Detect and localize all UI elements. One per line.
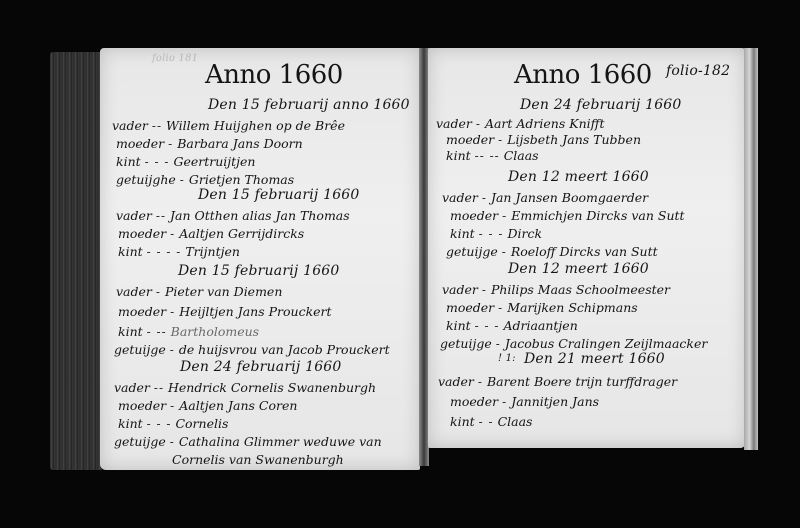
field-separator: - [156,285,161,299]
entry-line: kint - - - Adriaantjen [446,318,578,333]
field-label: moeder [118,226,166,241]
entry-line: kint -- -- Claas [446,148,539,163]
field-value: de huijsvrou van Jacob Prouckert [179,342,390,357]
field-value: Grietjen Thomas [189,172,294,187]
field-value: Cornelis [175,416,228,431]
field-value: Adriaantjen [503,318,577,333]
entry-line: moeder - Aaltjen Gerrijdircks [118,226,304,241]
entry-line: kint - - - Dirck [450,226,542,241]
field-separator: -- [152,119,162,133]
field-separator: - - - - [147,245,182,259]
field-separator: - [502,395,507,409]
entry-date: Den 24 februarij 1660 [520,98,682,112]
field-label: kint [118,324,143,339]
field-label: getuijge [114,342,166,357]
entry-date: Den 15 februarij 1660 [198,188,360,202]
field-separator: - [502,245,507,259]
entry-line: moeder - Marijken Schipmans [446,300,638,315]
left-page: folio 181 Anno 1660 Den 15 februarij ann… [100,48,420,470]
field-label: getuijge [446,244,498,259]
book-page-edges [50,52,102,470]
entry-date: Den 12 meert 1660 [508,170,649,184]
field-value: Willem Huijghen op de Brêe [166,118,345,133]
field-separator: - [170,435,175,449]
field-separator: - [476,117,481,131]
field-value: Cornelis van Swanenburgh [172,452,344,467]
field-value: Barbara Jans Doorn [177,136,302,151]
field-separator: - [482,191,487,205]
entry-line: getuijge - de huijsvrou van Jacob Prouck… [114,342,390,357]
field-label: vader [116,208,152,223]
field-value: Philips Maas Schoolmeester [491,282,670,297]
field-value: Hendrick Cornelis Swanenburgh [168,380,376,395]
field-separator: -- -- [475,149,500,163]
field-value: Barent Boere trijn turffdrager [487,374,677,389]
entry-line: vader - Philips Maas Schoolmeester [442,282,670,297]
field-value: Lijsbeth Jans Tubben [507,132,641,147]
field-separator: -- [156,209,166,223]
field-label: vader [112,118,148,133]
field-value: Cathalina Glimmer weduwe van [179,434,382,449]
field-value: Roeloff Dircks van Sutt [511,244,658,259]
right-page-edge [744,48,758,450]
entry-date: Den 15 februarij anno 1660 [208,98,410,112]
entry-date: Den 15 februarij 1660 [178,264,340,278]
field-separator: - - [479,415,494,429]
entry-line: vader -- Willem Huijghen op de Brêe [112,118,345,133]
field-separator: - - - [479,227,504,241]
field-label: moeder [450,394,498,409]
entry-line: vader -- Jan Otthen alias Jan Thomas [116,208,350,223]
field-value: Marijken Schipmans [507,300,637,315]
field-label: vader [116,284,152,299]
entry-date: Den 21 meert 1660 [524,352,665,366]
field-label: moeder [118,304,166,319]
field-label: kint [118,244,143,259]
entry-line: moeder - Heijltjen Jans Prouckert [118,304,332,319]
field-separator: - [170,343,175,357]
field-separator: -- [154,381,164,395]
entry-line: getuijge - Jacobus Cralingen Zeijlmaacke… [440,336,707,351]
field-label: kint [116,154,141,169]
right-page: Anno 1660 folio-182 Den 24 februarij 166… [428,48,746,448]
field-separator: - [180,173,185,187]
field-separator: - [502,209,507,223]
field-label: kint [446,318,471,333]
field-separator: - [498,301,503,315]
field-label: moeder [446,300,494,315]
entry-line: vader - Pieter van Diemen [116,284,282,299]
folio-number: folio-182 [666,64,730,78]
field-separator: - [170,305,175,319]
field-separator: - [170,399,175,413]
entry-line: kint - -- Bartholomeus [118,324,259,339]
field-label: getuijge [440,336,492,351]
field-separator: - [496,337,501,351]
entry-line: getuijge - Roeloff Dircks van Sutt [446,244,658,259]
entry-line: vader - Barent Boere trijn turffdrager [438,374,677,389]
field-label: moeder [446,132,494,147]
entry-line: vader - Jan Jansen Boomgaerder [442,190,648,205]
margin-note: folio 181 [152,54,198,64]
field-label: vader [442,282,478,297]
field-value: Trijntjen [185,244,240,259]
field-separator: - [482,283,487,297]
entry-line: moeder - Lijsbeth Jans Tubben [446,132,641,147]
field-label: getuijge [114,434,166,449]
field-separator: - -- [147,325,167,339]
field-value: Aaltjen Gerrijdircks [179,226,304,241]
page-title: Anno 1660 [205,62,343,88]
field-separator: - [168,137,173,151]
scan-background: folio 181 Anno 1660 Den 15 februarij ann… [0,0,800,528]
field-value: Jannitjen Jans [511,394,599,409]
field-label: kint [450,414,475,429]
entry-line: vader - Aart Adriens Knifft [436,116,605,131]
entry-line: getuijghe - Grietjen Thomas [116,172,294,187]
entry-line: kint - - - Geertruijtjen [116,154,255,169]
field-value: Aart Adriens Knifft [485,116,605,131]
field-value: Geertruijtjen [173,154,255,169]
field-label: moeder [118,398,166,413]
field-label: moeder [450,208,498,223]
field-label: vader [436,116,472,131]
entry-line: moeder - Emmichjen Dircks van Sutt [450,208,685,223]
field-label: kint [446,148,471,163]
entry-line: moeder - Aaltjen Jans Coren [118,398,297,413]
field-value: Dirck [507,226,542,241]
field-value: Aaltjen Jans Coren [179,398,297,413]
field-separator: - - - [145,155,170,169]
entry-line: moeder - Jannitjen Jans [450,394,599,409]
field-label: moeder [116,136,164,151]
field-value: Jan Otthen alias Jan Thomas [170,208,350,223]
field-value: Bartholomeus [171,324,259,339]
field-value: Jacobus Cralingen Zeijlmaacker [505,336,708,351]
field-label: getuijghe [116,172,176,187]
field-label: vader [438,374,474,389]
page-title: Anno 1660 [514,62,652,88]
field-separator: - [498,133,503,147]
entry-line: kint - - - Cornelis [118,416,228,431]
field-value: Heijltjen Jans Prouckert [179,304,331,319]
entry-line: kint - - - - Trijntjen [118,244,240,259]
field-value: Claas [498,414,533,429]
entry-line: moeder - Barbara Jans Doorn [116,136,303,151]
entry-line: getuijge - Cathalina Glimmer weduwe van [114,434,382,449]
entry-date: Den 12 meert 1660 [508,262,649,276]
field-value: Pieter van Diemen [165,284,282,299]
entry-line-continuation: Cornelis van Swanenburgh [172,452,344,467]
field-separator: - - - [147,417,172,431]
field-label: kint [450,226,475,241]
field-separator: - [170,227,175,241]
field-label: kint [118,416,143,431]
field-separator: - [478,375,483,389]
field-label: vader [114,380,150,395]
field-separator: - - - [475,319,500,333]
margin-mark: ! 1: [498,354,516,364]
field-value: Jan Jansen Boomgaerder [491,190,648,205]
entry-date: Den 24 februarij 1660 [180,360,342,374]
field-value: Claas [504,148,539,163]
entry-line: vader -- Hendrick Cornelis Swanenburgh [114,380,376,395]
entry-line: kint - - Claas [450,414,532,429]
field-label: vader [442,190,478,205]
field-value: Emmichjen Dircks van Sutt [511,208,684,223]
